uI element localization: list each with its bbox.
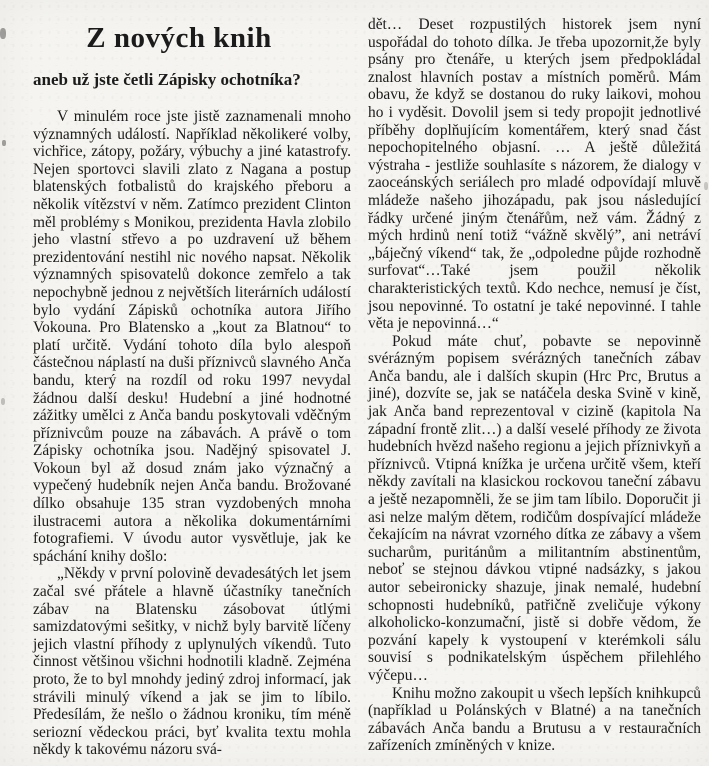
scan-artifact xyxy=(704,182,708,190)
article-subtitle: aneb už jste četli Zápisky ochotníka? xyxy=(33,70,351,90)
scanned-article-page: Z nových knih aneb už jste četli Zápisky… xyxy=(0,0,709,766)
paragraph-intro: V minulém roce jste jistě zaznamenali mn… xyxy=(33,108,351,565)
paragraph-recommendation: Pokud máte chuť, pobavte se nepovinně sv… xyxy=(368,333,701,685)
paragraph-author-quote: „Někdy v první polovině devadesátých let… xyxy=(33,565,351,759)
paragraph-author-quote-continued: dět… Deset rozpustilých historek jsem ny… xyxy=(368,16,701,333)
scan-artifact xyxy=(1,398,5,405)
scan-artifact xyxy=(0,28,6,39)
left-column: Z nových knih aneb už jste četli Zápisky… xyxy=(33,14,351,766)
article-title: Z nových knih xyxy=(33,22,351,55)
paragraph-where-to-buy: Knihu možno zakoupit u všech lepších kni… xyxy=(368,685,701,755)
scan-artifact xyxy=(2,140,6,146)
right-column: dět… Deset rozpustilých historek jsem ny… xyxy=(368,14,701,766)
